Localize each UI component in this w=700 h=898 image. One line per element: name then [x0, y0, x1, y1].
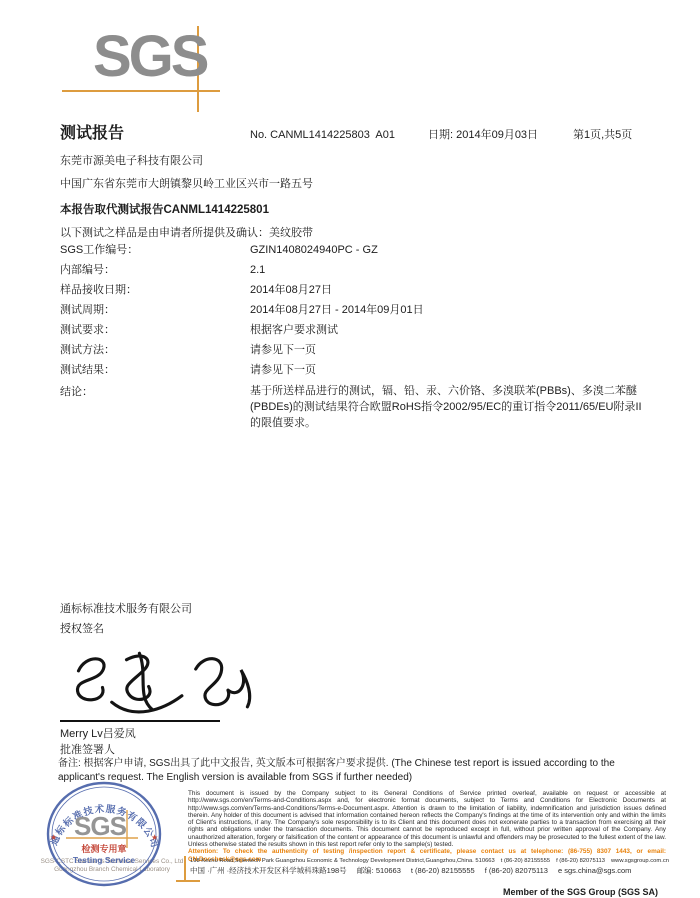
report-header: 测试报告 No. CANML1414225803 A01 日期: 2014年09…: [60, 120, 660, 143]
table-row: SGS工作编号： GZIN1408024940PC - GZ: [60, 243, 648, 257]
page-footer: SGS-CSTC Standards Technical Services Co…: [0, 788, 700, 898]
stamp-sgs-text: SGS: [74, 811, 127, 841]
legal-disclaimer: This document is issued by the Company s…: [188, 790, 666, 863]
report-number: No. CANML1414225803 A01: [250, 129, 428, 141]
table-row: 测试方法： 请参见下一页: [60, 343, 648, 357]
row-value: 2014年08月27日: [250, 283, 332, 297]
page-title: 测试报告: [60, 120, 250, 143]
page-indicator: 第1页,共5页: [573, 126, 632, 142]
address-line-cn: 中国 ·广州 ·经济技术开发区科学城科珠路198号 邮编: 510663 t (…: [190, 865, 672, 876]
signature-underline: [60, 720, 220, 722]
row-value: 根据客户要求测试: [250, 323, 338, 337]
applicant-block: 东莞市源美电子科技有限公司 中国广东省东莞市大朗镇黎贝岭工业区兴市一路五号: [60, 150, 313, 196]
row-value: 2.1: [250, 263, 265, 277]
stamp-svg: 通标标准技术服务有限公司 ★ ★ SGS 检测专用章 Testing Servi…: [28, 780, 180, 892]
address-cn-fax: f (86-20) 82075113: [485, 865, 548, 876]
address-crosshair-vertical: [184, 856, 186, 882]
disclaimer-text: This document is issued by the Company s…: [188, 790, 666, 848]
authorized-signature-label: 授权签名: [60, 619, 265, 639]
stamp-star-right: ★: [151, 833, 158, 842]
signer-title: 批准签署人: [60, 742, 265, 758]
applicant-address: 中国广东省东莞市大朗镇黎贝岭工业区兴市一路五号: [60, 173, 313, 196]
handwritten-signature: [60, 645, 265, 722]
address-en-fax: f (86-20) 82075113: [556, 857, 605, 865]
table-row: 测试周期： 2014年08月27日 - 2014年09月01日: [60, 303, 648, 317]
table-row: 内部编号： 2.1: [60, 263, 648, 277]
table-row: 测试结果： 请参见下一页: [60, 363, 648, 377]
stamp-en-label: Testing Service: [73, 855, 135, 865]
address-line-en: 198 Kezhu Road,Scientech Park Guangzhou …: [190, 857, 672, 865]
row-value: 2014年08月27日 - 2014年09月01日: [250, 303, 424, 317]
row-label: 测试要求：: [60, 323, 250, 337]
test-report-page: SGS 测试报告 No. CANML1414225803 A01 日期: 201…: [0, 0, 700, 898]
table-row: 测试要求： 根据客户要求测试: [60, 323, 648, 337]
conclusion-row: 结论： 基于所送样品进行的测试，镉、铅、汞、六价铬、多溴联苯(PBBs)、多溴二…: [60, 383, 648, 431]
sgs-logo: SGS: [60, 26, 225, 114]
report-info-table: SGS工作编号： GZIN1408024940PC - GZ 内部编号： 2.1…: [60, 243, 648, 431]
signature-svg: [60, 645, 265, 717]
signer-block: 通标标准技术服务有限公司 授权签名 Merry Lv吕爱凤 批准签署人: [60, 599, 265, 758]
row-label: 测试结果：: [60, 363, 250, 377]
applicant-name: 东莞市源美电子科技有限公司: [60, 150, 313, 173]
address-en-text: 198 Kezhu Road,Scientech Park Guangzhou …: [190, 857, 495, 865]
row-value: GZIN1408024940PC - GZ: [250, 243, 378, 257]
address-cn-postal: 邮编: 510663: [357, 865, 401, 876]
testing-service-stamp-seal: 通标标准技术服务有限公司 ★ ★ SGS 检测专用章 Testing Servi…: [28, 780, 180, 892]
conclusion-text: 基于所送样品进行的测试，镉、铅、汞、六价铬、多溴联苯(PBBs)、多溴二苯醚(P…: [250, 383, 648, 431]
table-row: 样品接收日期： 2014年08月27日: [60, 283, 648, 297]
sgs-group-member-line: Member of the SGS Group (SGS SA): [503, 887, 658, 897]
supersede-statement: 本报告取代测试报告CANML1414225801: [60, 201, 269, 217]
row-label: 样品接收日期：: [60, 283, 250, 297]
address-en-web: www.sgsgroup.com.cn: [611, 857, 669, 865]
address-en-tel: t (86-20) 82155555: [501, 857, 550, 865]
address-cn-email: e sgs.china@sgs.com: [558, 865, 631, 876]
report-date: 日期: 2014年09月03日: [428, 126, 573, 142]
row-value: 请参见下一页: [250, 343, 316, 357]
row-label: 测试方法：: [60, 343, 250, 357]
sample-info-statement: 以下测试之样品是由申请者所提供及确认：美纹胶带: [60, 224, 313, 240]
issuing-company: 通标标准技术服务有限公司: [60, 599, 265, 619]
row-label: 内部编号：: [60, 263, 250, 277]
row-label: SGS工作编号：: [60, 243, 250, 257]
conclusion-label: 结论：: [60, 383, 250, 431]
address-crosshair-horizontal: [176, 880, 200, 882]
address-cn-tel: t (86-20) 82155555: [411, 865, 475, 876]
sgs-logo-text: SGS: [93, 28, 207, 86]
stamp-cn-label: 检测专用章: [81, 843, 126, 854]
row-value: 请参见下一页: [250, 363, 316, 377]
lab-address-block: 198 Kezhu Road,Scientech Park Guangzhou …: [190, 857, 672, 876]
stamp-star-left: ★: [50, 833, 57, 842]
row-label: 测试周期：: [60, 303, 250, 317]
signer-name: Merry Lv吕爱凤: [60, 726, 265, 742]
address-cn-text: 中国 ·广州 ·经济技术开发区科学城科珠路198号: [190, 865, 347, 876]
